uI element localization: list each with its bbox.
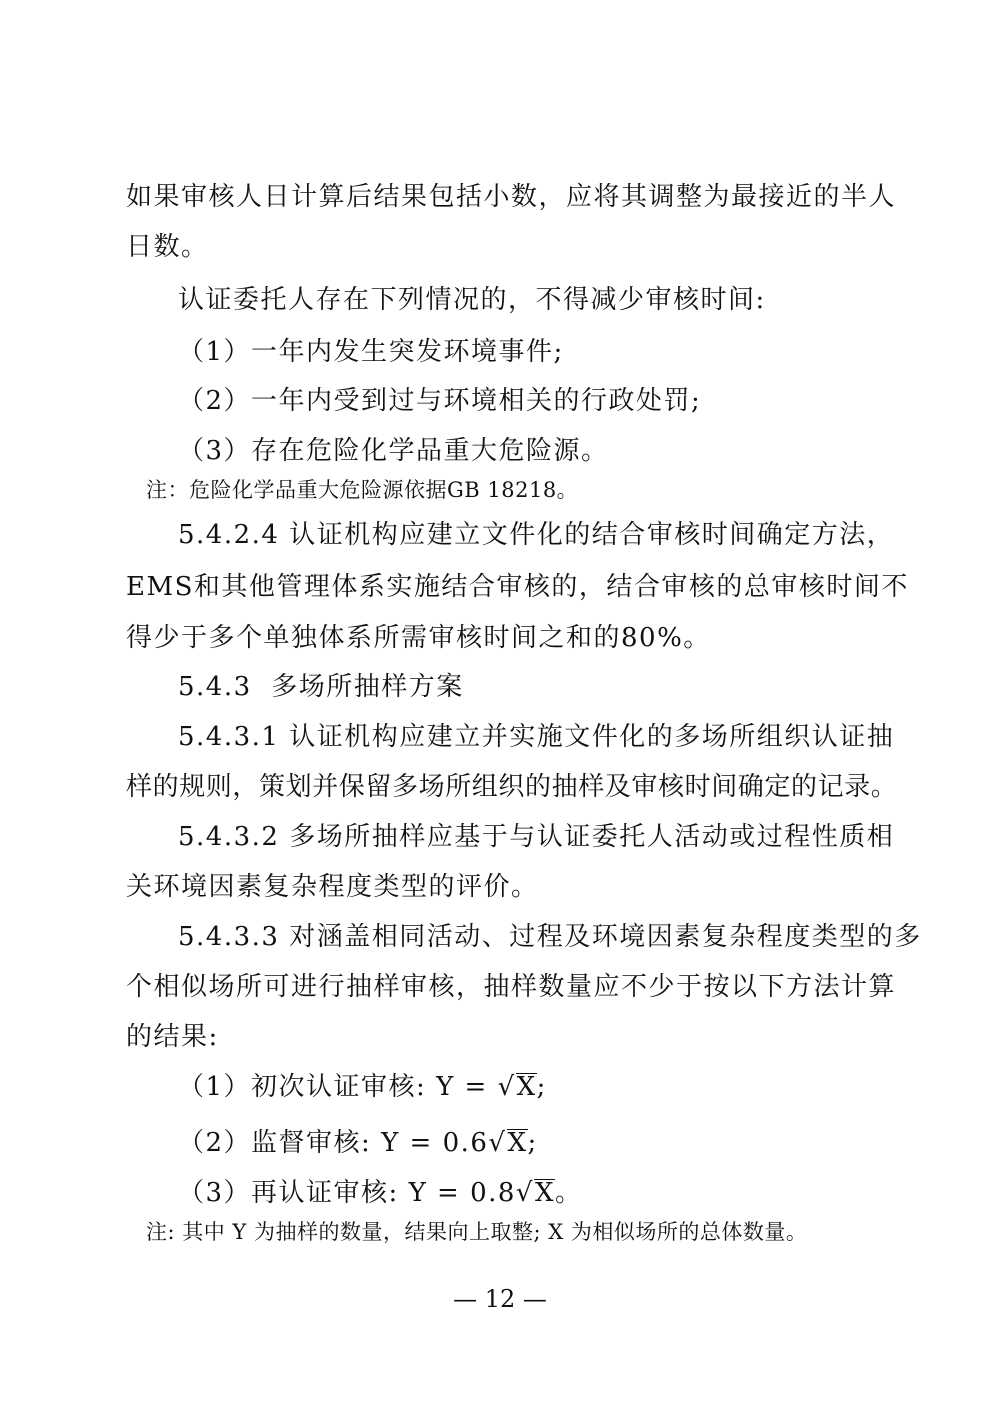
paragraph-line: 关环境因素复杂程度类型的评价。: [126, 870, 539, 904]
formula-label: （1）初次认证审核:: [178, 1072, 426, 1102]
section-5-4-2-4-line: 5.4.2.4 认证机构应建立文件化的结合审核时间确定方法，: [178, 518, 894, 552]
formula-label: （2）监督审核:: [178, 1128, 371, 1158]
formula-radicand: X: [516, 1073, 537, 1100]
formula-recertification: （3）再认证审核: Y = 0.8√X。: [178, 1176, 583, 1210]
list-item: （3）存在危险化学品重大危险源。: [178, 434, 609, 468]
section-number: 5.4.3.3: [178, 922, 279, 952]
note: 注: 其中 Y 为抽样的数量，结果向上取整; X 为相似场所的总体数量。: [146, 1218, 807, 1246]
note: 注：危险化学品重大危险源依据GB 18218。: [146, 476, 578, 504]
section-5-4-3-2-line: 5.4.3.2 多场所抽样应基于与认证委托人活动或过程性质相: [178, 820, 894, 854]
section-text: 对涵盖相同活动、过程及环境因素复杂程度类型的多: [289, 922, 922, 952]
section-5-4-3-3-line: 5.4.3.3 对涵盖相同活动、过程及环境因素复杂程度类型的多: [178, 920, 922, 954]
formula-end: ;: [537, 1072, 547, 1102]
paragraph-line: 如果审核人日计算后结果包括小数，应将其调整为最接近的半人: [126, 180, 896, 214]
paragraph-line: 个相似场所可进行抽样审核，抽样数量应不少于按以下方法计算: [126, 970, 896, 1004]
list-item: （1）一年内发生突发环境事件;: [178, 335, 564, 369]
section-text: 认证机构应建立并实施文件化的多场所组织认证抽: [289, 722, 894, 752]
section-heading-5-4-3: 5.4.3 多场所抽样方案: [178, 670, 464, 704]
formula-end: 。: [555, 1178, 583, 1208]
section-number: 5.4.2.4: [178, 520, 279, 550]
formula-radicand: X: [507, 1129, 528, 1156]
sqrt-symbol-icon: √: [498, 1072, 516, 1102]
formula-prefix: Y =: [381, 1128, 442, 1158]
formula-label: （3）再认证审核:: [178, 1178, 399, 1208]
formula-surveillance: （2）监督审核: Y = 0.6√X;: [178, 1126, 538, 1160]
section-text: 多场所抽样应基于与认证委托人活动或过程性质相: [289, 822, 894, 852]
paragraph-line: 得少于多个单独体系所需审核时间之和的80%。: [126, 621, 711, 655]
section-5-4-3-1-line: 5.4.3.1 认证机构应建立并实施文件化的多场所组织认证抽: [178, 720, 894, 754]
section-number: 5.4.3: [178, 672, 252, 702]
section-number: 5.4.3.2: [178, 822, 279, 852]
formula-prefix: Y =: [436, 1072, 497, 1102]
sqrt-symbol-icon: √: [516, 1178, 534, 1208]
formula-initial-certification: （1）初次认证审核: Y = √X;: [178, 1070, 547, 1104]
sqrt-symbol-icon: √: [488, 1128, 506, 1158]
formula-coef: 0.6: [443, 1128, 489, 1158]
formula-end: ;: [528, 1128, 538, 1158]
formula-prefix: Y =: [409, 1178, 470, 1208]
formula-coef: 0.8: [470, 1178, 516, 1208]
paragraph-line: 的结果:: [126, 1020, 219, 1054]
list-item: （2）一年内受到过与环境相关的行政处罚;: [178, 384, 701, 418]
section-title: 多场所抽样方案: [271, 672, 464, 702]
paragraph-line: EMS和其他管理体系实施结合审核的，结合审核的总审核时间不: [126, 570, 909, 604]
list-intro: 认证委托人存在下列情况的，不得减少审核时间:: [178, 283, 766, 317]
section-text: 认证机构应建立文件化的结合审核时间确定方法，: [289, 520, 894, 550]
paragraph-line: 日数。: [126, 230, 209, 264]
page-number: — 12 —: [0, 1284, 1000, 1314]
paragraph-line: 样的规则，策划并保留多场所组织的抽样及审核时间确定的记录。: [126, 770, 897, 804]
formula-radicand: X: [534, 1179, 555, 1206]
section-number: 5.4.3.1: [178, 722, 279, 752]
